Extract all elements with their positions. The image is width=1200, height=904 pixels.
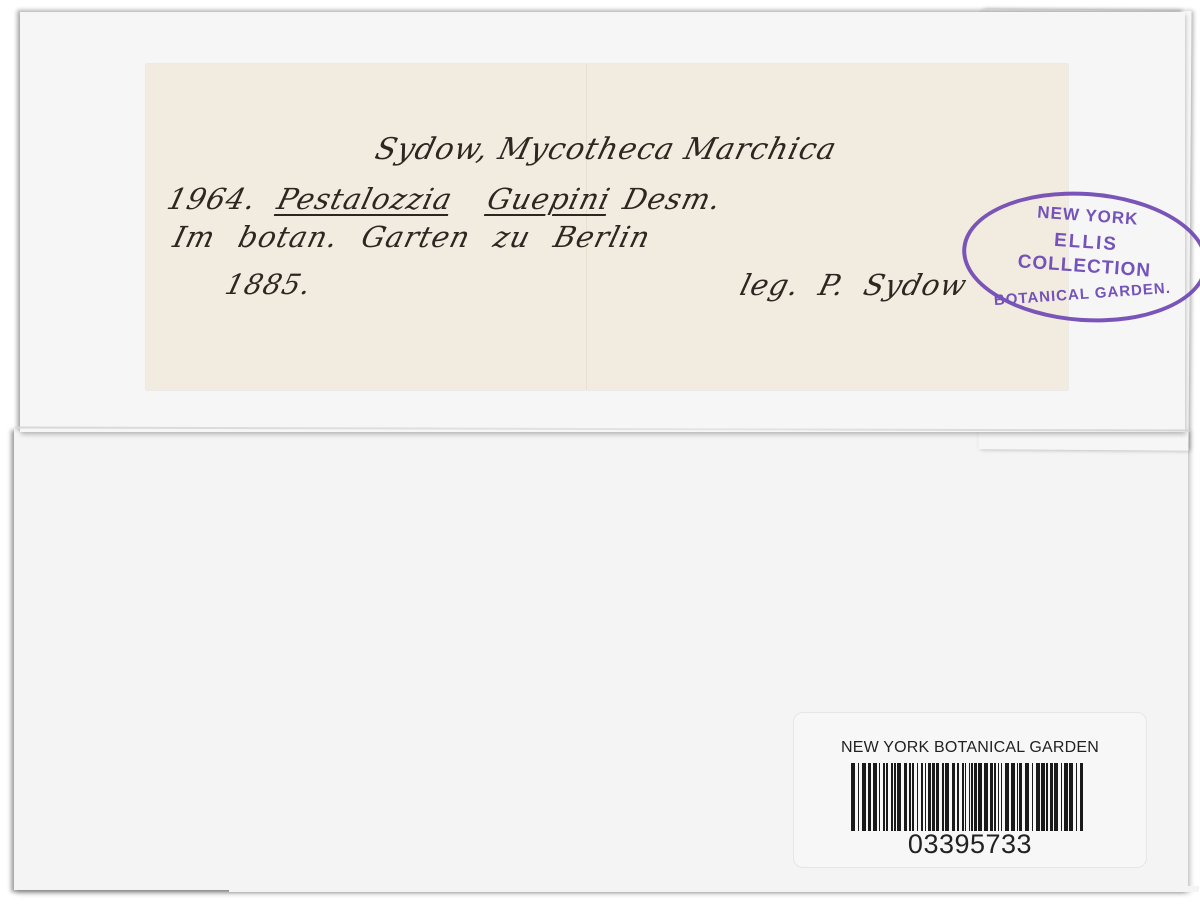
barcode-label: NEW YORK BOTANICAL GARDEN 03395733 — [793, 712, 1147, 868]
taxon-line: 1964.PestalozziaGuepiniDesm. — [164, 182, 725, 216]
locality: Im botan. Garten zu Berlin — [170, 220, 655, 254]
specimen-label: Sydow, Mycotheca Marchica 1964.Pestalozz… — [146, 64, 1068, 390]
packet-bottom-edge — [229, 886, 1199, 892]
barcode-bars — [851, 763, 1085, 831]
collector: leg. P. Sydow — [737, 268, 971, 302]
barcode-institution: NEW YORK BOTANICAL GARDEN — [794, 739, 1146, 757]
taxon-authority: Desm. — [620, 182, 725, 216]
barcode-number: 03395733 — [794, 829, 1146, 860]
stamp-bottom-text: BOTANICAL GARDEN. — [963, 278, 1200, 312]
taxon-genus: Pestalozzia — [274, 182, 457, 216]
exsiccata-number: 1964. — [164, 182, 261, 216]
taxon-epithet: Guepini — [484, 182, 614, 216]
exsiccata-series: Sydow, Mycotheca Marchica — [372, 132, 841, 167]
collection-year: 1885. — [222, 268, 315, 301]
